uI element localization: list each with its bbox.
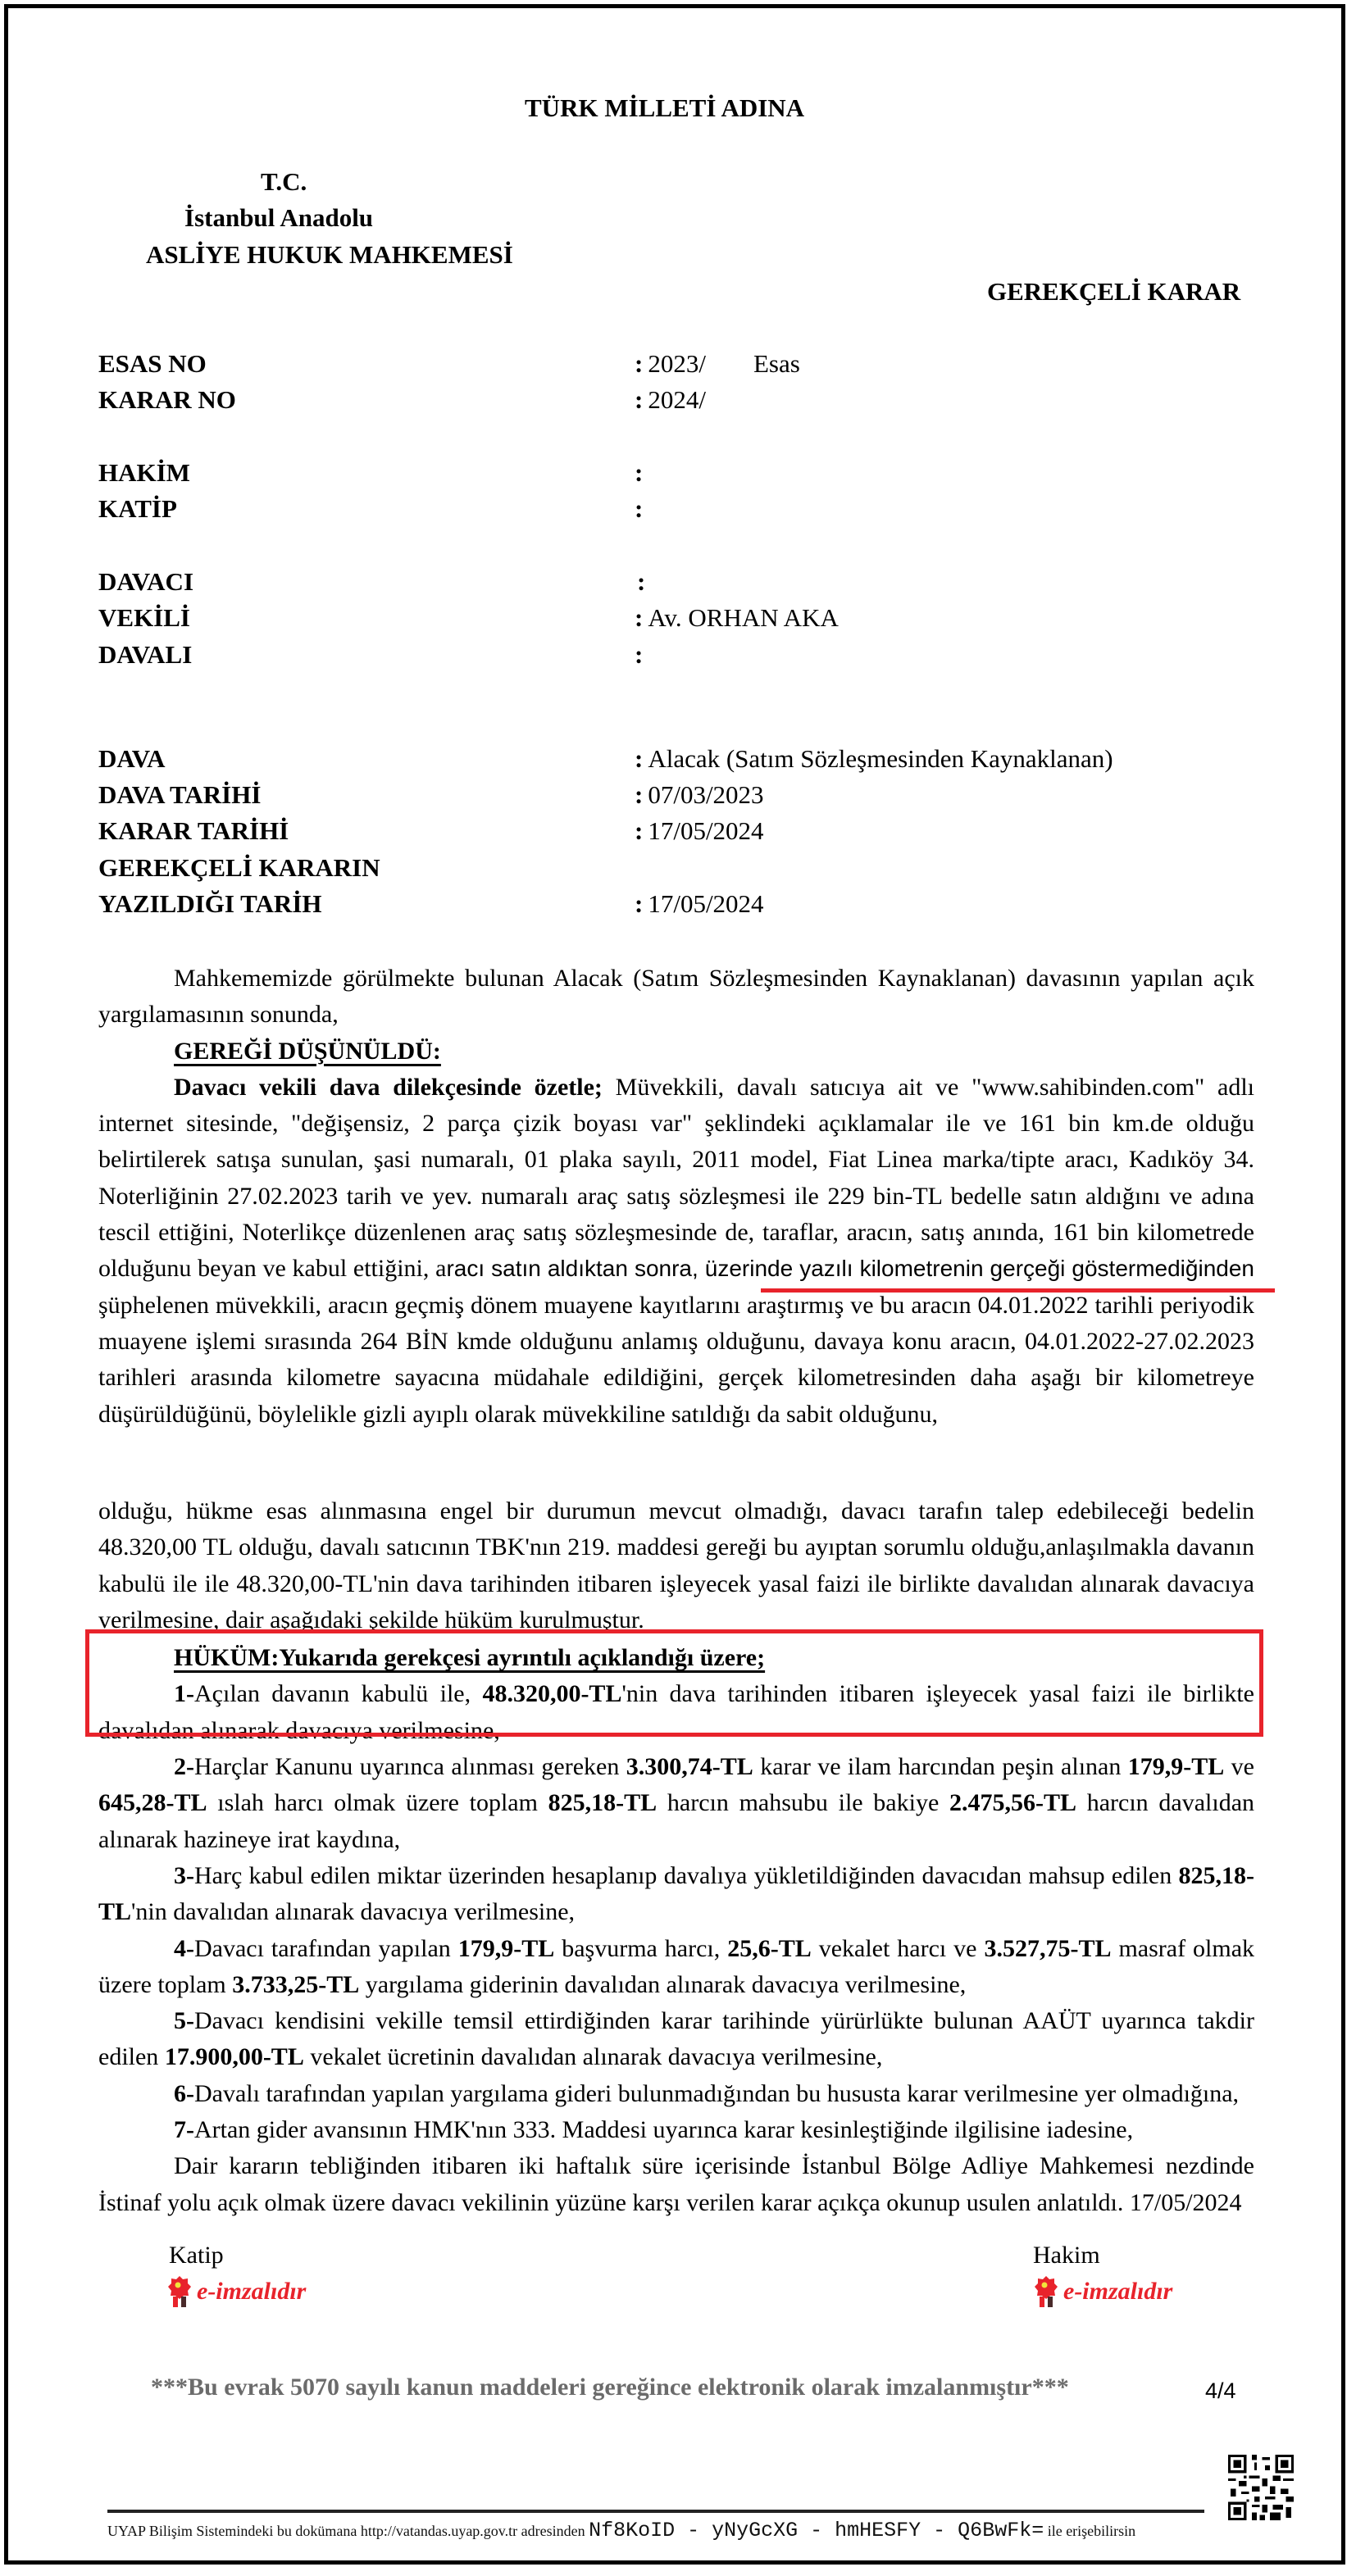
hakim-label: HAKİM xyxy=(98,458,190,488)
red-box-annotation xyxy=(85,1629,1263,1737)
karar-tarihi-label: KARAR TARİHİ xyxy=(98,816,289,846)
verdict-item: 7-Artan gider avansının HMK'nın 333. Mad… xyxy=(98,2112,1254,2148)
davali-value: : xyxy=(635,640,648,670)
uyap-access-code[interactable]: Nf8KoID - yNyGcXG - hmHESFY - Q6BwFk= xyxy=(589,2519,1044,2542)
esas-no-value: :2023/Esas xyxy=(635,349,800,379)
verdict-item: 4-Davacı tarafından yapılan 179,9-TL baş… xyxy=(98,1931,1254,2004)
vekili-value: :Av. ORHAN AKA xyxy=(635,603,839,633)
verdict-item: 5-Davacı kendisini vekille temsil ettird… xyxy=(98,2003,1254,2076)
gerekce-heading: GEREĞİ DÜŞÜNÜLDÜ: xyxy=(98,1034,441,1070)
court-city: İstanbul Anadolu xyxy=(184,203,373,233)
amount: 25,6-TL xyxy=(727,1935,812,1962)
yazildigi-tarih-label: YAZILDIĞI TARİH xyxy=(98,889,322,919)
court-name: ASLİYE HUKUK MAHKEMESİ xyxy=(146,240,513,270)
doc-type: GEREKÇELİ KARAR xyxy=(987,277,1240,307)
page-number: 4/4 xyxy=(1205,2378,1236,2404)
amount: 3.527,75-TL xyxy=(984,1935,1111,1962)
esign-legal-note: ***Bu evrak 5070 sayılı kanun maddeleri … xyxy=(151,2374,1069,2401)
hakim-esignature: e-imzalıdır xyxy=(1034,2275,1172,2308)
uyap-access-line: UYAP Bilişim Sistemindeki bu dokümana ht… xyxy=(107,2519,1135,2542)
katip-esignature: e-imzalıdır xyxy=(167,2275,306,2308)
amount: 825,18-TL xyxy=(548,1789,658,1816)
verdict-item: 2-Harçlar Kanunu uyarınca alınması gerek… xyxy=(98,1749,1254,1858)
amount: 3.733,25-TL xyxy=(232,1971,359,1998)
verdict-item-number: 5- xyxy=(174,2007,194,2034)
karar-tarihi-value: :17/05/2024 xyxy=(635,816,764,846)
vekili-label: VEKİLİ xyxy=(98,603,190,633)
davali-label: DAVALI xyxy=(98,640,192,670)
verdict-item-number: 7- xyxy=(174,2116,194,2143)
qr-code-icon[interactable] xyxy=(1228,2455,1294,2520)
amount: 3.300,74-TL xyxy=(626,1753,753,1780)
nation-title: TÜRK MİLLETİ ADINA xyxy=(525,93,804,123)
amount: 179,9-TL xyxy=(458,1935,555,1962)
dava-tarihi-value: :07/03/2023 xyxy=(635,780,764,810)
closing-paragraph: Dair kararın tebliğinden itibaren iki ha… xyxy=(98,2148,1254,2221)
conclusion-paragraph: olduğu, hükme esas alınmasına engel bir … xyxy=(98,1493,1254,1638)
verdict-item-number: 2- xyxy=(174,1753,194,1780)
dava-value: :Alacak (Satım Sözleşmesinden Kaynaklana… xyxy=(635,744,1113,774)
claim-paragraph: Davacı vekili dava dilekçesinde özetle; … xyxy=(98,1070,1254,1433)
amount: 179,9-TL xyxy=(1128,1753,1225,1780)
katip-value: : xyxy=(635,494,648,524)
yazildigi-tarih-value: :17/05/2024 xyxy=(635,889,764,919)
dava-label: DAVA xyxy=(98,744,166,774)
davaci-label: DAVACI xyxy=(98,567,193,597)
conclusion-section: olduğu, hükme esas alınmasına engel bir … xyxy=(98,1493,1254,2221)
claim-lead: Davacı vekili dava dilekçesinde özetle; xyxy=(174,1074,603,1101)
katip-label: KATİP xyxy=(98,494,177,524)
karar-no-label: KARAR NO xyxy=(98,385,236,415)
gerekceli-kararin-label: GEREKÇELİ KARARIN xyxy=(98,853,380,883)
verdict-items: 1-Açılan davanın kabulü ile, 48.320,00-T… xyxy=(98,1676,1254,2148)
karar-no-value: :2024/ xyxy=(635,385,706,415)
davaci-value: : xyxy=(637,567,650,597)
verdict-item: 6-Davalı tarafından yapılan yargılama gi… xyxy=(98,2076,1254,2112)
verdict-item: 3-Harç kabul edilen miktar üzerinden hes… xyxy=(98,1858,1254,1931)
highlighted-claim: racı satın aldıktan sonra, üzerinde yazı… xyxy=(446,1256,1254,1281)
seal-icon xyxy=(1034,2275,1058,2308)
hakim-signature-label: Hakim xyxy=(1033,2242,1100,2269)
hakim-value: : xyxy=(635,458,648,488)
seal-icon xyxy=(167,2275,192,2308)
verdict-item-number: 6- xyxy=(174,2080,194,2107)
amount: 645,28-TL xyxy=(98,1789,207,1816)
katip-signature-label: Katip xyxy=(169,2242,224,2269)
amount: 2.475,56-TL xyxy=(949,1789,1076,1816)
verdict-item-number: 4- xyxy=(174,1935,194,1962)
red-underline-annotation xyxy=(761,1288,1275,1293)
footer-divider xyxy=(107,2510,1204,2513)
dava-tarihi-label: DAVA TARİHİ xyxy=(98,780,261,810)
verdict-item-number: 3- xyxy=(174,1862,194,1889)
court-tc: T.C. xyxy=(261,167,307,197)
intro-paragraph: Mahkememizde görülmekte bulunan Alacak (… xyxy=(98,961,1254,1034)
esas-no-label: ESAS NO xyxy=(98,349,207,379)
amount: 17.900,00-TL xyxy=(165,2043,304,2070)
reasoning-section: Mahkememizde görülmekte bulunan Alacak (… xyxy=(98,961,1254,1433)
